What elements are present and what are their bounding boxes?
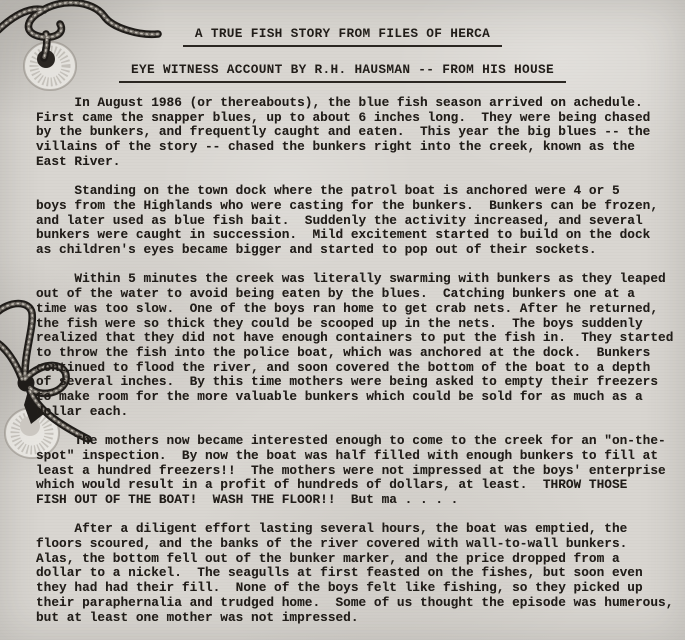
document-content: A TRUE FISH STORY FROM FILES OF HERCA EY… — [0, 0, 685, 640]
paragraph-5: After a diligent effort lasting several … — [36, 522, 685, 625]
paragraph-1: In August 1986 (or thereabouts), the blu… — [36, 96, 685, 170]
title-row-1: A TRUE FISH STORY FROM FILES OF HERCA — [0, 24, 685, 47]
paragraph-4: The mothers now became interested enough… — [36, 434, 685, 508]
document-subtitle: EYE WITNESS ACCOUNT BY R.H. HAUSMAN -- F… — [119, 62, 566, 83]
document-title: A TRUE FISH STORY FROM FILES OF HERCA — [183, 26, 502, 47]
document-body: In August 1986 (or thereabouts), the blu… — [36, 96, 685, 625]
paragraph-2: Standing on the town dock where the patr… — [36, 184, 685, 258]
paragraph-3: Within 5 minutes the creek was literally… — [36, 272, 685, 419]
scanned-page: A TRUE FISH STORY FROM FILES OF HERCA EY… — [0, 0, 685, 640]
title-row-2: EYE WITNESS ACCOUNT BY R.H. HAUSMAN -- F… — [0, 60, 685, 83]
